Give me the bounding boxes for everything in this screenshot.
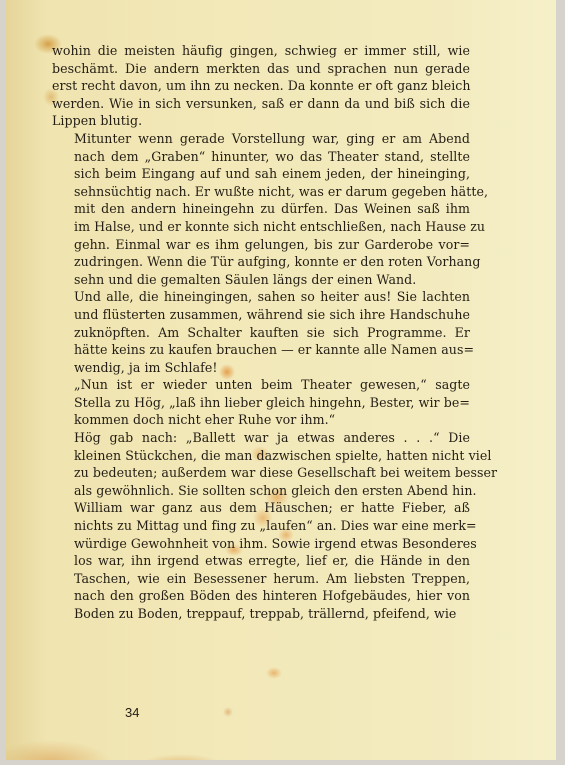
text-line: wendig, ja im Schlafe! <box>52 359 470 377</box>
text-line: Boden zu Boden, treppauf, treppab, träll… <box>52 605 470 623</box>
text-line: zuknöpften. Am Schalter kauften sie sich… <box>52 324 470 342</box>
text-line: los war, ihn irgend etwas erregte, lief … <box>52 552 470 570</box>
text-line: wohin die meisten häufig gingen, schwieg… <box>52 42 470 60</box>
text-line: zudringen. Wenn die Tür aufging, konnte … <box>52 253 470 271</box>
text-line: Mitunter wenn gerade Vorstellung war, gi… <box>52 130 470 148</box>
text-line: im Halse, und er konnte sich nicht entsc… <box>52 218 470 236</box>
paragraph: „Nun ist er wieder unten beim Theater ge… <box>52 376 470 429</box>
paragraph: Mitunter wenn gerade Vorstellung war, gi… <box>52 130 470 288</box>
text-line: beschämt. Die andern merkten das und spr… <box>52 60 470 78</box>
paragraph: wohin die meisten häufig gingen, schwieg… <box>52 42 470 130</box>
book-page: wohin die meisten häufig gingen, schwieg… <box>6 0 556 760</box>
paragraph: Und alle, die hineingingen, sahen so hei… <box>52 288 470 376</box>
text-line: kleinen Stückchen, die man dazwischen sp… <box>52 447 470 465</box>
text-line: werden. Wie in sich versunken, saß er da… <box>52 95 470 113</box>
page-number: 34 <box>125 705 139 720</box>
paragraph: Hög gab nach: „Ballett war ja etwas ande… <box>52 429 470 623</box>
text-line: hätte keins zu kaufen brauchen — er kann… <box>52 341 470 359</box>
text-line: sehnsüchtig nach. Er wußte nicht, was er… <box>52 183 470 201</box>
text-line: würdige Gewohnheit von ihm. Sowie irgend… <box>52 535 470 553</box>
text-line: Lippen blutig. <box>52 112 470 130</box>
text-line: sehn und die gemalten Säulen längs der e… <box>52 271 470 289</box>
text-line: gehn. Einmal war es ihm gelungen, bis zu… <box>52 236 470 254</box>
text-line: nach den großen Böden des hinteren Hofge… <box>52 587 470 605</box>
text-line: Und alle, die hineingingen, sahen so hei… <box>52 288 470 306</box>
text-line: Stella zu Hög, „laß ihn lieber gleich hi… <box>52 394 470 412</box>
text-line: Taschen, wie ein Besessener herum. Am li… <box>52 570 470 588</box>
text-line: „Nun ist er wieder unten beim Theater ge… <box>52 376 470 394</box>
text-line: zu bedeuten; außerdem war diese Gesellsc… <box>52 464 470 482</box>
text-line: nach dem „Graben“ hinunter, wo das Theat… <box>52 148 470 166</box>
text-line: sich beim Eingang auf und sah einem jede… <box>52 165 470 183</box>
text-line: als gewöhnlich. Sie sollten schon gleich… <box>52 482 470 500</box>
text-line: kommen doch nicht eher Ruhe vor ihm.“ <box>52 411 470 429</box>
text-line: nichts zu Mittag und fing zu „laufen“ an… <box>52 517 470 535</box>
page-body-text: wohin die meisten häufig gingen, schwieg… <box>52 42 470 623</box>
text-line: erst recht davon, um ihn zu necken. Da k… <box>52 77 470 95</box>
text-line: Hög gab nach: „Ballett war ja etwas ande… <box>52 429 470 447</box>
text-line: mit den andern hineingehn zu dürfen. Das… <box>52 200 470 218</box>
text-line: und flüsterten zusammen, während sie sic… <box>52 306 470 324</box>
text-line: William war ganz aus dem Häuschen; er ha… <box>52 499 470 517</box>
